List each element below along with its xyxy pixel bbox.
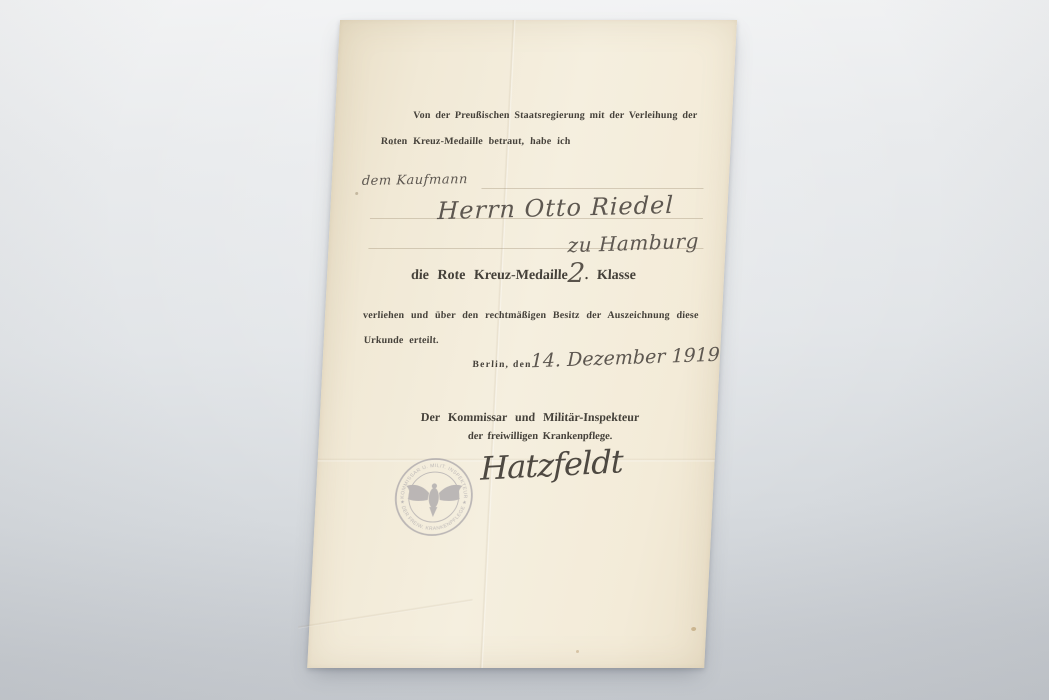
recipient-city-handwritten: zu Hamburg	[567, 230, 699, 257]
grant-line-1: verliehen und über den rechtmäßigen Besi…	[363, 310, 699, 322]
award-class-number-handwritten: 2	[567, 258, 586, 289]
award-line: die Rote Kreuz-Medaille2. Klasse	[411, 268, 637, 285]
intro-line-2: Roten Kreuz-Medaille betraut, habe ich	[381, 136, 571, 148]
certificate-paper: Von der Preußischen Staatsregierung mit …	[307, 20, 737, 668]
grant-line-2: Urkunde erteilt.	[363, 335, 439, 347]
foxing-speck	[355, 192, 358, 195]
date-handwritten: 14. Dezember 1919	[531, 345, 720, 372]
issuer-line-2: der freiwilligen Krankenpflege.	[468, 431, 613, 444]
foxing-speck	[691, 627, 696, 631]
seal-stamp: KOMMISSAR U. MILIT. INSPEKTEUR ★ DER FRE…	[391, 456, 477, 538]
award-suffix: . Klasse	[585, 268, 637, 283]
recipient-name-handwritten: Herrn Otto Riedel	[437, 192, 674, 225]
issuer-line-1: Der Kommissar und Militär-Inspekteur	[421, 410, 640, 424]
ruled-line	[481, 188, 703, 189]
intro-line-1: Von der Preußischen Staatsregierung mit …	[413, 110, 698, 122]
recipient-title-handwritten: dem Kaufmann	[362, 173, 469, 189]
signature-handwritten: Hatzfeldt	[480, 444, 622, 487]
award-prefix: die Rote Kreuz-Medaille	[411, 268, 568, 283]
fold-crease-diagonal	[298, 598, 473, 628]
place-printed: Berlin, den	[472, 360, 532, 371]
foxing-speck	[576, 650, 579, 653]
